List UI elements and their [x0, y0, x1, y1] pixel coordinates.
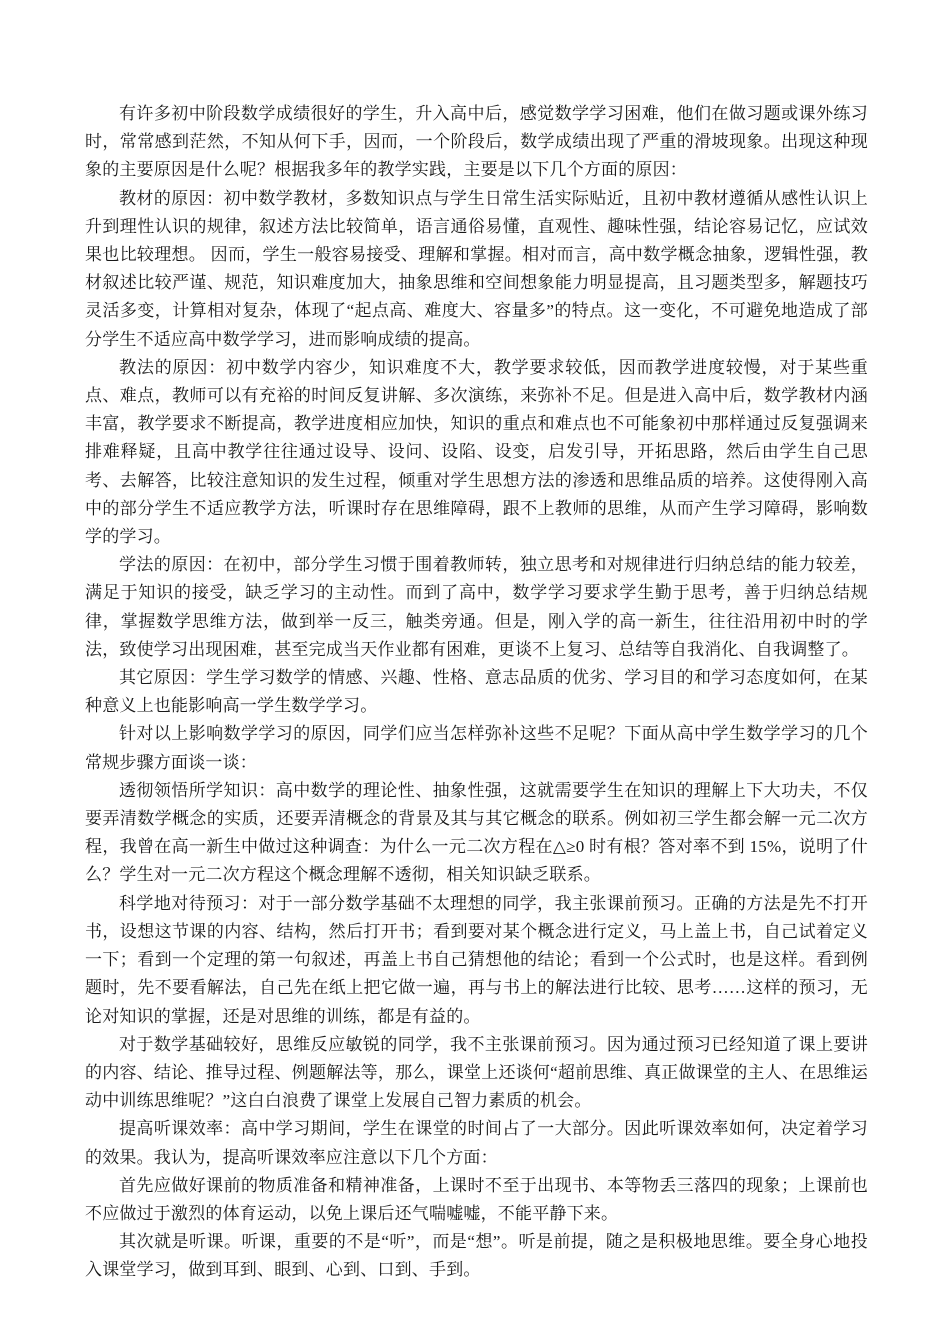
document-page: 有许多初中阶段数学成绩很好的学生，升入高中后，感觉数学学习困难，他们在做习题或课… [0, 0, 950, 1343]
paragraph-other-reasons: 其它原因：学生学习数学的情感、兴趣、性格、意志品质的优劣、学习目的和学习态度如何… [85, 664, 868, 720]
document-text-body: 有许多初中阶段数学成绩很好的学生，升入高中后，感觉数学学习困难，他们在做习题或课… [85, 100, 868, 1285]
paragraph-intro: 有许多初中阶段数学成绩很好的学生，升入高中后，感觉数学学习困难，他们在做习题或课… [85, 100, 868, 185]
paragraph-textbook-reason: 教材的原因：初中数学教材，多数知识点与学生日常生活实际贴近，且初中教材遵循从感性… [85, 185, 868, 354]
paragraph-understand-knowledge: 透彻领悟所学知识：高中数学的理论性、抽象性强，这就需要学生在知识的理解上下大功夫… [85, 777, 868, 890]
paragraph-learning-method-reason: 学法的原因：在初中，部分学生习惯于围着教师转，独立思考和对规律进行归纳总结的能力… [85, 551, 868, 664]
paragraph-preview-approach: 科学地对待预习：对于一部分数学基础不太理想的同学，我主张课前预习。正确的方法是先… [85, 890, 868, 1031]
paragraph-listening-efficiency: 提高听课效率：高中学习期间，学生在课堂的时间占了一大部分。因此听课效率如何，决定… [85, 1115, 868, 1171]
paragraph-transition: 针对以上影响数学学习的原因，同学们应当怎样弥补这些不足呢？下面从高中学生数学学习… [85, 720, 868, 776]
paragraph-class-preparation: 首先应做好课前的物质准备和精神准备，上课时不至于出现书、本等物丢三落四的现象；上… [85, 1172, 868, 1228]
paragraph-teaching-method-reason: 教法的原因：初中数学内容少，知识难度不大，教学要求较低，因而教学进度较慢，对于某… [85, 354, 868, 551]
paragraph-listening-thinking: 其次就是听课。听课，重要的不是“听”，而是“想”。听是前提，随之是积极地思维。要… [85, 1228, 868, 1284]
paragraph-no-preview-case: 对于数学基础较好，思维反应敏锐的同学，我不主张课前预习。因为通过预习已经知道了课… [85, 1031, 868, 1116]
